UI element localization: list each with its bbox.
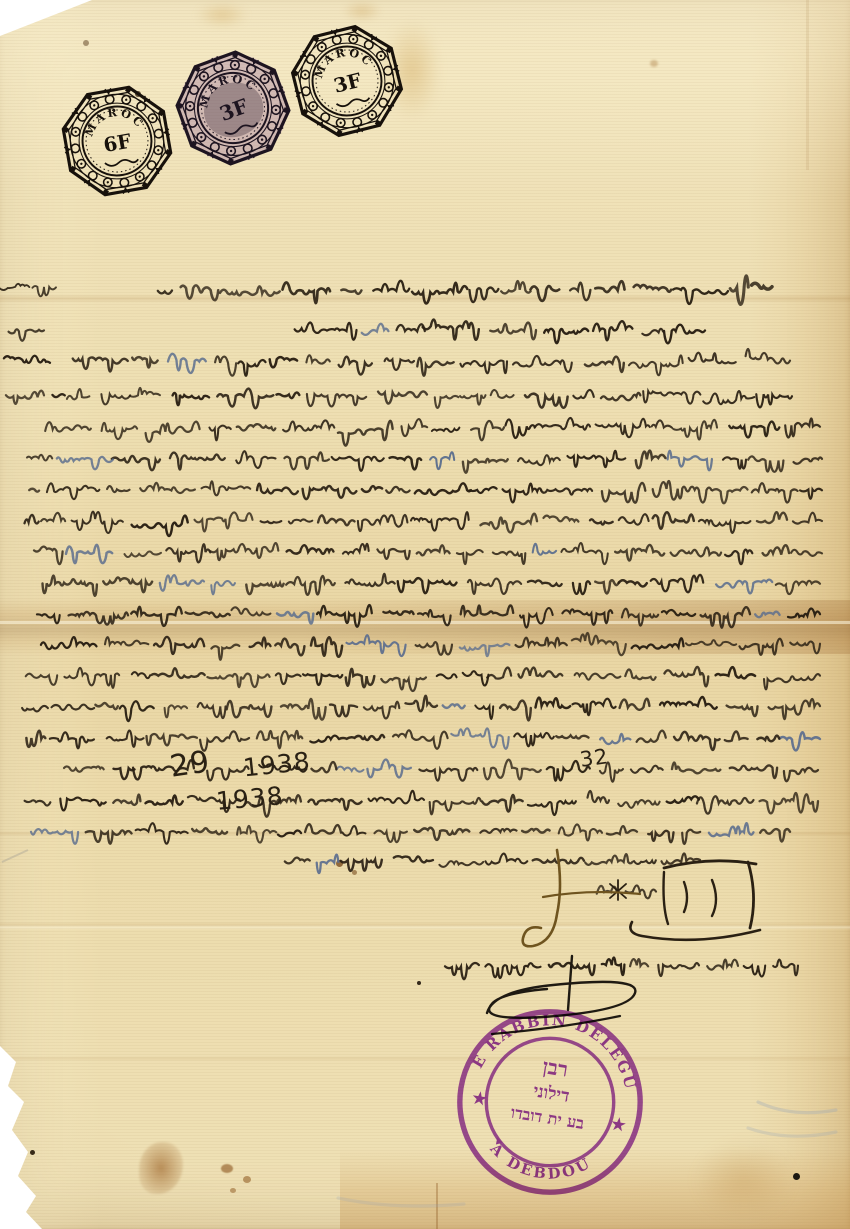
- manuscript-line: [381, 678, 426, 692]
- manuscript-line: [600, 762, 623, 781]
- manuscript-line: [114, 768, 135, 779]
- manuscript-line: [358, 515, 408, 531]
- manuscript-line: [595, 281, 624, 292]
- manuscript-line: [31, 829, 78, 844]
- manuscript-line: [192, 828, 227, 834]
- manuscript-line: [29, 489, 39, 492]
- manuscript-line: [682, 830, 700, 844]
- rabbinical-stamp-hebrew-1: רבן: [541, 1054, 570, 1082]
- manuscript-line: [600, 734, 630, 744]
- stamp-value-text: 3F: [331, 69, 363, 98]
- manuscript-line: [506, 419, 535, 438]
- manuscript-line: [490, 323, 536, 340]
- manuscript-line: [146, 796, 183, 805]
- manuscript-line: [102, 423, 137, 439]
- manuscript-line: [593, 321, 632, 340]
- manuscript-line: [460, 395, 485, 405]
- manuscript-line: [283, 420, 334, 431]
- manuscript-line: [345, 574, 394, 586]
- manuscript-line: [50, 732, 94, 748]
- signature-flourish: [610, 884, 626, 898]
- manuscript-line: [186, 612, 230, 617]
- manuscript-line: [463, 671, 489, 685]
- manuscript-line: [632, 638, 684, 648]
- manuscript-line: [209, 426, 230, 441]
- manuscript-line: [518, 455, 560, 465]
- signature-flourish: [664, 872, 669, 924]
- manuscript-line: [257, 543, 279, 558]
- manuscript-line: [460, 644, 510, 656]
- manuscript-line: [699, 520, 751, 533]
- fold-crease: [0, 1056, 850, 1061]
- manuscript-line: [460, 361, 507, 374]
- manuscript-line: [41, 637, 97, 649]
- manuscript-line: [160, 575, 204, 591]
- manuscript-line: [270, 357, 297, 367]
- manuscript-line: [146, 422, 200, 442]
- manuscript-line: [562, 609, 612, 624]
- manuscript-line: [451, 728, 508, 748]
- pencil-mark: [2, 850, 28, 862]
- manuscript-line: [47, 483, 100, 499]
- manuscript-line: [32, 286, 56, 296]
- manuscript-line: [133, 760, 194, 779]
- manuscript-line: [470, 288, 499, 302]
- manuscript-line: [317, 605, 372, 627]
- manuscript-line: [0, 284, 29, 290]
- manuscript-line: [336, 767, 363, 772]
- manuscript-line: [95, 703, 117, 709]
- vertical-crease: [436, 1183, 438, 1229]
- manuscript-line: [503, 484, 542, 503]
- manuscript-line: [788, 608, 820, 617]
- manuscript-line: [752, 283, 772, 289]
- manuscript-line: [259, 764, 306, 771]
- manuscript-line: [634, 285, 671, 292]
- manuscript-line: [398, 578, 457, 593]
- signature-flourish: [630, 922, 760, 940]
- manuscript-line: [513, 356, 572, 372]
- manuscript-line: [132, 516, 188, 536]
- manuscript-line: [406, 696, 438, 711]
- manuscript-line: [73, 357, 128, 371]
- manuscript-line: [522, 829, 550, 833]
- manuscript-line: [305, 824, 341, 833]
- manuscript-line: [730, 276, 748, 305]
- manuscript-line: [744, 966, 765, 977]
- manuscript-line: [140, 483, 195, 493]
- manuscript-line: [573, 390, 594, 399]
- manuscript-line: [317, 855, 339, 873]
- manuscript-line: [712, 487, 747, 503]
- manuscript-line: [276, 673, 301, 684]
- manuscript-line: [412, 283, 467, 304]
- manuscript-line: [556, 735, 588, 738]
- manuscript-line: [154, 637, 204, 654]
- manuscript-line: [394, 856, 433, 862]
- manuscript-line: [343, 544, 369, 554]
- manuscript-line: [362, 486, 382, 492]
- stain-speck: [650, 60, 658, 67]
- manuscript-line: [385, 358, 414, 370]
- manuscript-line: [107, 731, 144, 747]
- fold-crease: [0, 922, 850, 930]
- manuscript-line: [445, 963, 479, 979]
- manuscript-line: [531, 286, 560, 301]
- manuscript-line: [286, 576, 335, 595]
- manuscript-line: [575, 673, 621, 680]
- manuscript-line: [287, 545, 334, 554]
- manuscript-line: [9, 329, 45, 340]
- manuscript-line: [393, 730, 448, 748]
- manuscript-line: [707, 960, 738, 970]
- manuscript-line: [482, 795, 523, 812]
- manuscript-line: [730, 765, 777, 778]
- rabbinical-stamp: LE RABBIN DÉLÉGUÉA DEBDOU★★▲רבןדילוניבע …: [438, 990, 662, 1214]
- manuscript-line: [284, 452, 329, 469]
- manuscript-line: [125, 551, 162, 557]
- manuscript-line: [341, 860, 382, 871]
- manuscript-line: [289, 519, 313, 523]
- signature-flourish: [748, 862, 754, 928]
- fold-crease-major: [0, 598, 850, 656]
- manuscript-line: [67, 389, 90, 399]
- manuscript-line: [238, 360, 265, 376]
- manuscript-line: [341, 290, 361, 294]
- manuscript-line: [470, 487, 497, 493]
- manuscript-line: [755, 612, 779, 617]
- stamp-triangle-mark: ▲: [494, 1135, 503, 1146]
- manuscript-line: [147, 734, 197, 745]
- manuscript-line: [278, 830, 301, 836]
- manuscript-line: [136, 823, 188, 844]
- manuscript-line: [37, 614, 60, 623]
- manuscript-line: [518, 668, 562, 678]
- manuscript-line: [673, 420, 717, 440]
- manuscript-line: [595, 580, 619, 593]
- manuscript-line: [567, 451, 625, 467]
- manuscript-line: [773, 960, 798, 976]
- manuscript-line: [561, 543, 607, 564]
- manuscript-line: [757, 736, 779, 742]
- manuscript-line: [173, 393, 210, 405]
- manuscript-line: [760, 793, 818, 813]
- manuscript-line: [664, 667, 708, 686]
- ink-speck: [30, 1150, 35, 1155]
- stain-droplet: [221, 1164, 233, 1173]
- manuscript-line: [307, 394, 366, 406]
- fold-crease: [0, 294, 850, 303]
- manuscript-line: [246, 583, 283, 594]
- manuscript-line: [748, 456, 783, 471]
- manuscript-line: [200, 731, 249, 750]
- stain-large: [139, 1142, 183, 1194]
- manuscript-line: [64, 668, 119, 688]
- manuscript-line: [757, 512, 787, 523]
- manuscript-line: [411, 512, 469, 530]
- manuscript-line: [281, 699, 326, 720]
- manuscript-line: [653, 481, 712, 502]
- manuscript-line: [250, 638, 271, 647]
- manuscript-line: [166, 544, 210, 562]
- manuscript-line: [471, 421, 504, 440]
- ink-dot: [352, 870, 357, 875]
- manuscript-line: [701, 607, 750, 628]
- manuscript-line: [207, 766, 248, 780]
- manuscript-line: [257, 731, 303, 748]
- manuscript-line: [570, 283, 590, 300]
- manuscript-line: [72, 512, 123, 533]
- manuscript-line: [673, 288, 728, 304]
- manuscript-line: [64, 766, 104, 771]
- manuscript-line: [34, 547, 63, 565]
- manuscript-line: [533, 544, 556, 555]
- manuscript-line: [790, 642, 820, 654]
- manuscript-line: [311, 637, 342, 656]
- manuscript-line: [590, 519, 613, 524]
- manuscript-line: [378, 391, 427, 403]
- signature-flourish: [568, 956, 572, 1010]
- fold-crease: [0, 831, 850, 836]
- manuscript-line: [52, 394, 64, 397]
- manuscript-line: [295, 322, 357, 339]
- manuscript-line: [112, 456, 160, 470]
- manuscript-line: [52, 705, 95, 710]
- manuscript-line: [619, 514, 649, 524]
- vertical-crease: [806, 0, 809, 170]
- manuscript-line: [634, 860, 656, 864]
- manuscript-line: [60, 798, 105, 811]
- signature-flourish: [610, 884, 626, 898]
- manuscript-line: [689, 353, 736, 364]
- manuscript-line: [439, 861, 483, 867]
- manuscript-line: [25, 515, 39, 524]
- manuscript-line: [435, 396, 459, 408]
- manuscript-line: [237, 424, 276, 430]
- manuscript-line: [416, 642, 452, 655]
- manuscript-line: [306, 355, 329, 363]
- manuscript-line: [468, 579, 521, 594]
- manuscript-line: [430, 452, 454, 469]
- ink-dot: [336, 860, 343, 867]
- manuscript-line: [132, 672, 150, 678]
- manuscript-line: [342, 826, 365, 836]
- manuscript-line: [596, 419, 650, 437]
- manuscript-line: [500, 701, 531, 721]
- manuscript-line: [533, 858, 584, 864]
- manuscript-line: [211, 581, 235, 594]
- manuscript-line: [776, 581, 820, 594]
- manuscript-line: [716, 667, 756, 678]
- star-icon: ★: [470, 1087, 490, 1110]
- manuscript-line: [390, 457, 422, 470]
- manuscript-line: [330, 705, 357, 717]
- manuscript-line: [725, 550, 752, 565]
- manuscript-line: [364, 702, 399, 719]
- manuscript-line: [4, 356, 50, 363]
- manuscript-line: [220, 286, 280, 295]
- manuscript-line: [113, 795, 140, 805]
- manuscript-line: [703, 391, 754, 404]
- manuscript-line: [245, 795, 301, 816]
- manuscript-line: [312, 762, 337, 772]
- manuscript-line: [652, 420, 672, 427]
- manuscript-line: [648, 831, 673, 842]
- manuscript-line: [168, 354, 206, 373]
- signature-flourish: [712, 880, 716, 916]
- manuscript-line: [430, 798, 481, 814]
- manuscript-line: [303, 486, 357, 499]
- manuscript-line: [572, 633, 626, 655]
- manuscript-line: [377, 549, 409, 559]
- signature-flourish: [664, 861, 756, 868]
- manuscript-line: [607, 826, 637, 834]
- manuscript-line: [310, 736, 338, 743]
- manuscript-line: [257, 484, 298, 495]
- manuscript-line: [26, 731, 45, 747]
- rabbinical-stamp-hebrew-2: דילוני: [532, 1080, 571, 1106]
- star-icon: ★: [608, 1113, 628, 1136]
- manuscript-line: [740, 639, 783, 655]
- manuscript-line: [784, 768, 818, 781]
- manuscript-line: [217, 389, 273, 409]
- manuscript-line: [629, 355, 683, 375]
- manuscript-line: [207, 674, 269, 688]
- manuscript-line: [630, 959, 648, 966]
- document-paper: MAROC6F MAROC3F MAROC3F 291938321938 LE …: [0, 0, 850, 1229]
- manuscript-line: [367, 760, 410, 778]
- manuscript-line: [785, 418, 820, 437]
- manuscript-line: [535, 418, 590, 430]
- manuscript-line: [793, 513, 822, 524]
- manuscript-line: [794, 458, 822, 464]
- manuscript-line: [585, 854, 632, 865]
- manuscript-line: [27, 455, 52, 461]
- manuscript-line: [386, 487, 409, 493]
- manuscript-line: [105, 637, 148, 645]
- manuscript-line: [549, 963, 595, 975]
- manuscript-line: [541, 488, 592, 494]
- manuscript-line: [69, 612, 128, 625]
- manuscript-line: [544, 516, 579, 522]
- manuscript-line: [211, 645, 239, 660]
- manuscript-line: [66, 545, 112, 563]
- manuscript-line: [362, 324, 389, 335]
- manuscript-line: [485, 963, 540, 978]
- manuscript-line: [86, 830, 132, 843]
- manuscript-line: [528, 581, 562, 587]
- handwritten-number: 1938: [242, 749, 312, 781]
- manuscript-line: [501, 281, 530, 293]
- manuscript-line: [132, 357, 157, 367]
- manuscript-line: [308, 799, 361, 810]
- manuscript-line: [601, 393, 640, 400]
- manuscript-line: [756, 394, 792, 407]
- manuscript-line: [6, 391, 44, 404]
- manuscript-line: [423, 320, 479, 340]
- manuscript-line: [170, 453, 225, 470]
- manuscript-line: [643, 391, 700, 403]
- manuscript-line: [475, 706, 493, 719]
- manuscript-line: [764, 674, 820, 689]
- manuscript-line: [188, 796, 241, 812]
- manuscript-line: [760, 829, 790, 841]
- manuscript-line: [667, 796, 699, 803]
- manuscript-line: [103, 578, 152, 593]
- manuscript-line: [725, 732, 748, 742]
- manuscript-line: [236, 451, 275, 468]
- manuscript-line: [602, 483, 645, 503]
- manuscript-line: [57, 457, 113, 469]
- manuscript-line: [101, 394, 130, 404]
- manuscript-line: [457, 550, 483, 564]
- stain-droplet: [230, 1188, 236, 1193]
- manuscript-line: [763, 545, 789, 555]
- manuscript-line: [227, 701, 272, 717]
- manuscript-line: [622, 609, 658, 626]
- scan-background: MAROC6F MAROC3F MAROC3F 291938321938 LE …: [0, 0, 850, 1229]
- manuscript-line: [318, 515, 354, 525]
- manuscript-line: [165, 705, 188, 717]
- manuscript-line: [636, 451, 666, 469]
- manuscript-line: [516, 638, 567, 647]
- manuscript-line: [493, 552, 525, 564]
- manuscript-line: [210, 544, 256, 560]
- manuscript-line: [480, 829, 516, 833]
- manuscript-line: [597, 886, 617, 894]
- manuscript-line: [729, 422, 779, 438]
- manuscript-line: [373, 281, 409, 292]
- manuscript-line: [158, 291, 172, 294]
- manuscript-line: [800, 489, 822, 499]
- manuscript-line: [572, 699, 615, 715]
- manuscript-line: [45, 422, 91, 431]
- manuscript-line: [631, 766, 663, 773]
- manuscript-line: [41, 513, 65, 521]
- manuscript-line: [668, 451, 712, 470]
- manuscript-line: [231, 607, 270, 615]
- manuscript-line: [709, 823, 754, 836]
- manuscript-line: [653, 512, 694, 528]
- manuscript-line: [417, 545, 450, 555]
- manuscript-line: [285, 858, 310, 864]
- manuscript-line: [26, 674, 57, 685]
- manuscript-line: [528, 801, 576, 815]
- manuscript-line: [131, 607, 182, 626]
- manuscript-line: [402, 419, 428, 436]
- manuscript-line: [637, 731, 666, 743]
- manuscript-line: [769, 699, 821, 719]
- stain-speck: [83, 40, 89, 46]
- manuscript-line: [664, 325, 705, 344]
- manuscript-line: [625, 669, 655, 679]
- manuscript-line: [716, 580, 772, 594]
- manuscript-line: [261, 521, 282, 523]
- ink-speck: [417, 981, 421, 985]
- manuscript-line: [338, 421, 393, 446]
- manuscript-line: [432, 428, 460, 432]
- manuscript-line: [22, 706, 48, 711]
- manuscript-line: [277, 612, 313, 623]
- manuscript-line: [620, 699, 650, 710]
- handwritten-number: 1938: [215, 783, 285, 814]
- stamp-value-text: 6F: [102, 130, 133, 157]
- fold-crease-major-shade: [0, 600, 850, 654]
- manuscript-line: [396, 324, 424, 331]
- manuscript-line: [520, 608, 553, 628]
- manuscript-line: [277, 393, 300, 399]
- manuscript-line: [181, 285, 218, 300]
